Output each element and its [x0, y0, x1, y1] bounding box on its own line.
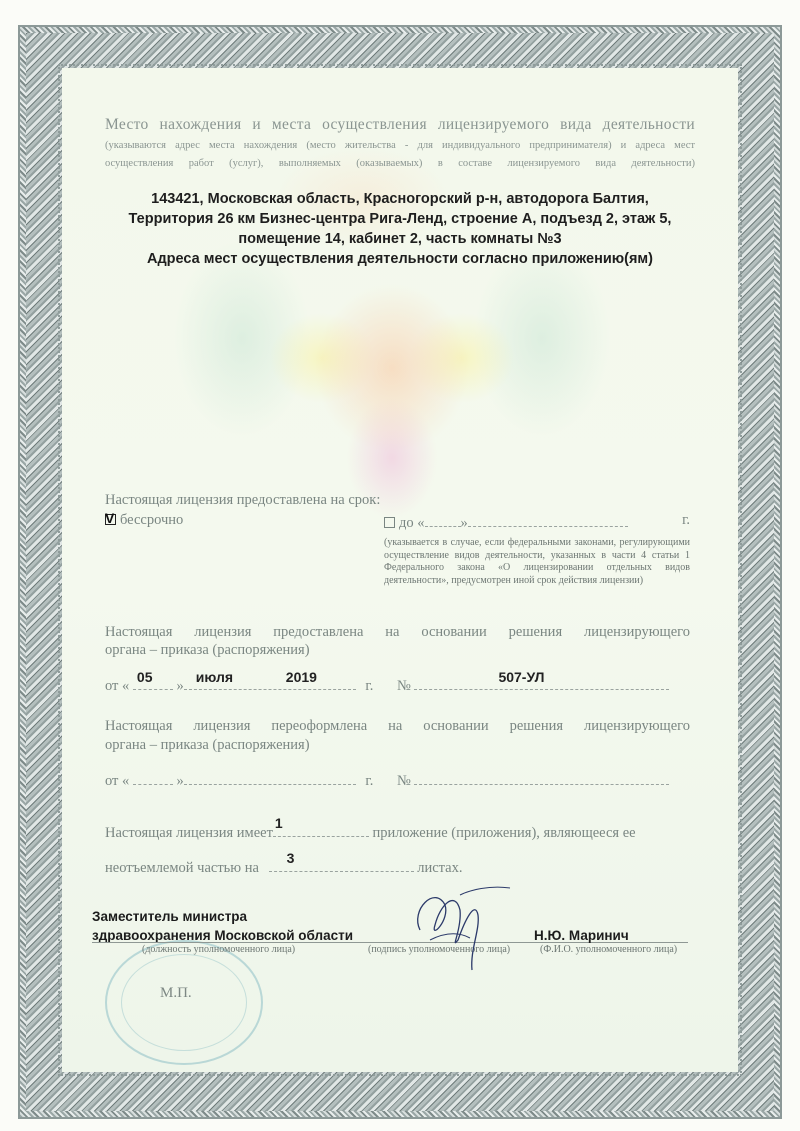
term-label: Настоящая лицензия предоставлена на срок… [105, 492, 380, 509]
term-until-option[interactable]: до «» г. [384, 512, 690, 532]
term-until-day-field[interactable] [425, 512, 461, 527]
reissued-number-field[interactable] [414, 770, 669, 785]
granted-day-field[interactable]: 05 [133, 675, 173, 690]
section-title: Место нахождения и места осуществления л… [105, 116, 695, 134]
signer-position: Заместитель министра здравоохранения Мос… [92, 907, 353, 945]
caption-position: (должность уполномоченного лица) [142, 944, 295, 955]
reissued-month-year-field[interactable] [184, 770, 356, 785]
address-line1: 143421, Московская область, Красногорски… [110, 189, 690, 209]
term-until-note: (указывается в случае, если федеральными… [384, 537, 690, 587]
printer-imprint [230, 1104, 570, 1110]
appendix-row1: Настоящая лицензия имеет1 приложение (пр… [105, 822, 636, 842]
term-indefinite-option[interactable]: Vбессрочно [105, 512, 183, 529]
reissued-order-row: от « » г. № [105, 770, 690, 790]
term-until-month-year-field[interactable] [468, 512, 628, 527]
caption-name: (Ф.И.О. уполномоченного лица) [540, 944, 677, 955]
address-block: 143421, Московская область, Красногорски… [110, 189, 690, 249]
appendix-row2: неотъемлемой частью на 3 листах. [105, 857, 462, 877]
signer-name: Н.Ю. Маринич [534, 926, 629, 945]
term-indefinite-checkbox[interactable]: V [105, 514, 116, 525]
handwritten-signature-icon [400, 880, 520, 975]
reissued-line1: Настоящая лицензия переоформлена на осно… [105, 718, 690, 735]
seal-placeholder-label: М.П. [160, 985, 192, 1002]
reissued-line2: органа – приказа (распоряжения) [105, 737, 310, 754]
granted-month-year-field[interactable]: июля2019 [184, 675, 356, 690]
check-mark-icon: V [105, 510, 114, 526]
official-seal [105, 940, 263, 1065]
term-indefinite-label: бессрочно [120, 512, 183, 528]
address-line2: Территория 26 км Бизнес-центра Рига-Ленд… [110, 209, 690, 229]
appendix-sheets-field[interactable]: 3 [269, 857, 414, 872]
section-note-line2: осуществления работ (услуг), выполняемых… [105, 158, 695, 169]
granted-number-field[interactable]: 507-УЛ [414, 675, 669, 690]
address-note: Адреса мест осуществления деятельности с… [110, 251, 690, 267]
granted-order-row: от « 05 »июля2019 г. № 507-УЛ [105, 675, 690, 695]
section-note-line1: (указываются адрес места нахождения (мес… [105, 140, 695, 151]
granted-line2: органа – приказа (распоряжения) [105, 642, 310, 659]
appendix-count-field[interactable]: 1 [273, 822, 369, 837]
reissued-day-field[interactable] [133, 770, 173, 785]
address-line3: помещение 14, кабинет 2, часть комнаты №… [110, 229, 690, 249]
term-until-checkbox[interactable] [384, 517, 395, 528]
granted-line1: Настоящая лицензия предоставлена на осно… [105, 624, 690, 641]
term-until-label: до [399, 515, 414, 531]
